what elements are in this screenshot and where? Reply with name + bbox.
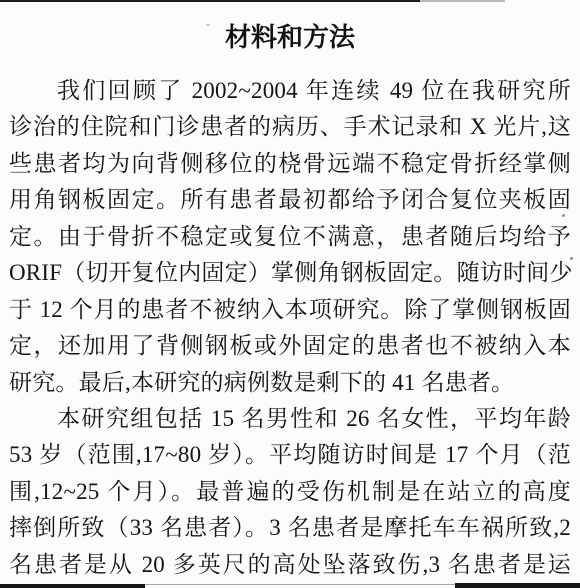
document-body: 我们回顾了 2002~2004 年连续 49 位在我研究所 诊治的住院和门诊患者… xyxy=(9,73,571,583)
text-line: 我们回顾了 2002~2004 年连续 49 位在我研究所 xyxy=(9,73,571,109)
text-line: 本研究组包括 15 名男性和 26 名女性，平均年龄 xyxy=(9,401,571,437)
text-line: 定。由于骨折不稳定或复位不满意，患者随后均给予 xyxy=(9,219,571,255)
text-line: 诊治的住院和门诊患者的病历、手术记录和 X 光片,这 xyxy=(9,109,571,145)
text-line: 些患者均为向背侧移位的桡骨远端不稳定骨折经掌侧 xyxy=(9,146,571,182)
scan-edge-top-faint xyxy=(420,0,505,2)
text-line: 摔倒所致（33 名患者）。3 名患者是摩托车车祸所致,2 xyxy=(9,510,571,546)
text-line: 定，还加用了背侧钢板或外固定的患者也不被纳入本 xyxy=(9,328,571,364)
scan-edge-top-dark xyxy=(0,0,420,2)
text-line: 53 岁（范围,17~80 岁）。平均随访时间是 17 个月（范 xyxy=(9,437,571,473)
scan-edge-bottom-right xyxy=(455,583,580,588)
text-line: 研究。最后,本研究的病例数是剩下的 41 名患者。 xyxy=(9,365,571,401)
scanned-document-page: 材料和方法 我们回顾了 2002~2004 年连续 49 位在我研究所 诊治的住… xyxy=(0,0,580,588)
scan-speck xyxy=(570,257,573,260)
scan-edge-bottom-left xyxy=(0,584,145,588)
text-line: 于 12 个月的患者不被纳入本项研究。除了掌侧钢板固 xyxy=(9,292,571,328)
text-line: 名患者是从 20 多英尺的高处坠落致伤,3 名患者是运 xyxy=(9,547,571,583)
scan-speck xyxy=(206,24,210,26)
section-title: 材料和方法 xyxy=(0,22,580,52)
scan-speck xyxy=(562,214,565,217)
text-line: ORIF（切开复位内固定）掌侧角钢板固定。随访时间少 xyxy=(9,255,571,291)
text-line: 用角钢板固定。所有患者最初都给予闭合复位夹板固 xyxy=(9,182,571,218)
text-line: 围,12~25 个月）。最普遍的受伤机制是在站立的高度 xyxy=(9,474,571,510)
